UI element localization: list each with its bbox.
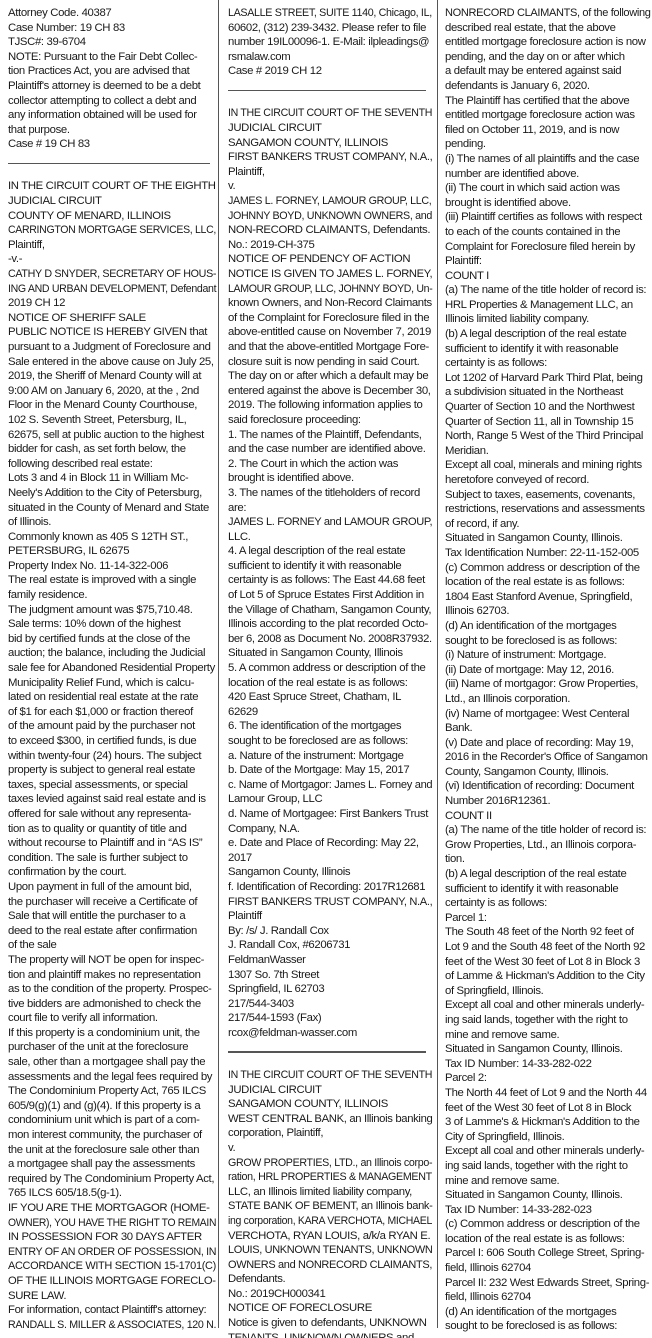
notice-text-line: Floor in the Menard County Courthouse, xyxy=(8,398,216,413)
notice-text-line: (iii) Plaintiff certifies as follows wit… xyxy=(445,210,650,225)
notice-text-line: North, Range 5 West of the Third Princip… xyxy=(445,429,650,444)
notice-text-line: 1307 So. 7th Street xyxy=(228,968,432,983)
notice-text-line: TJSC#: 39-6704 xyxy=(8,35,216,50)
notice-text-line: 1804 East Stanford Avenue, Springfield, xyxy=(445,590,650,605)
notice-text-line: IN THE CIRCUIT COURT OF THE EIGHTH xyxy=(8,179,216,194)
notice-text-line: Municipality Relief Fund, which is calcu… xyxy=(8,676,216,691)
notice-text-line: taxes, special assessments, or special xyxy=(8,778,216,793)
notice-text-line: Case Number: 19 CH 83 xyxy=(8,21,216,36)
legal-notice: IN THE CIRCUIT COURT OF THE SEVENTHJUDIC… xyxy=(228,1068,432,1338)
notice-text-line: sufficient to identify it with reasonabl… xyxy=(445,882,650,897)
notice-text-line: PUBLIC NOTICE IS HEREBY GIVEN that xyxy=(8,325,216,340)
notice-text-line: 102 S. Seventh Street, Petersburg, IL, xyxy=(8,413,216,428)
notice-text-line: -v.- xyxy=(8,252,216,267)
notice-text-line: The North 44 feet of Lot 9 and the North… xyxy=(445,1086,650,1101)
notice-text-line: tion as to quality or quantity of title … xyxy=(8,822,216,837)
notice-text-line: bidder for cash, as set forth below, the xyxy=(8,442,216,457)
notice-text-line: d. Name of Mortgagee: First Bankers Trus… xyxy=(228,807,432,822)
notice-text-line: condominium unit which is part of a com- xyxy=(8,1113,216,1128)
notice-text-line: No.: 2019CH000341 xyxy=(228,1287,432,1302)
section-divider-rule xyxy=(228,1051,426,1053)
notice-text-line: a subdivision situated in the Northeast xyxy=(445,385,650,400)
notice-text-line: Plaintiff xyxy=(228,909,432,924)
notice-text-line: (c) Common address or description of the xyxy=(445,561,650,576)
notice-text-line: the unit at the foreclosure sale other t… xyxy=(8,1143,216,1158)
notice-text-line: to each of the counts contained in the xyxy=(445,225,650,240)
legal-notice: NONRECORD CLAIMANTS, of the followingdes… xyxy=(445,6,650,1334)
notice-text-line: certainty is as follows: xyxy=(445,356,650,371)
notice-text-line: (d) An identification of the mortgages xyxy=(445,619,650,634)
notice-text-line: Situated in Sangamon County, Illinois xyxy=(228,646,432,661)
notice-text-line: mon interest community, the purchaser of xyxy=(8,1128,216,1143)
notice-text-line: f. Identification of Recording: 2017R126… xyxy=(228,880,432,895)
notice-text-line: Commonly known as 405 S 12TH ST., xyxy=(8,530,216,545)
notice-text-line: WEST CENTRAL BANK, an Illinois banking xyxy=(228,1112,431,1127)
notice-text-line: Plaintiff's attorney is deemed to be a d… xyxy=(8,79,216,94)
notice-text-line: restrictions, reservations and assessmen… xyxy=(445,502,650,517)
notice-text-line: the purchaser will receive a Certificate… xyxy=(8,895,216,910)
notice-text-line: Plaintiff, xyxy=(228,165,432,180)
notice-text-line: court file to verify all information. xyxy=(8,1011,216,1026)
notice-text-line: Illinois limited liability company. xyxy=(445,312,650,327)
notice-text-line: LOUIS, UNKNOWN TENANTS, UNKNOWN xyxy=(228,1243,425,1258)
notice-text-line: sale fee for Abandoned Residential Prope… xyxy=(8,661,216,676)
notice-text-line: COUNTY OF MENARD, ILLINOIS xyxy=(8,209,216,224)
notice-text-line: within twenty-four (24) hours. The subje… xyxy=(8,749,216,764)
notice-text-line: IF YOU ARE THE MORTGAGOR (HOME- xyxy=(8,1201,216,1216)
column-1: Attorney Code. 40387Case Number: 19 CH 8… xyxy=(8,0,216,1330)
column-3: NONRECORD CLAIMANTS, of the followingdes… xyxy=(445,0,650,1330)
notice-text-line: Except all coal, minerals and mining rig… xyxy=(445,458,650,473)
notice-text-line: number are identified above. xyxy=(445,167,650,182)
notice-text-line: Parcel I: 606 South College Street, Spri… xyxy=(445,1246,650,1261)
notice-text-line: deed to the real estate after confirmati… xyxy=(8,924,216,939)
notice-text-line: mine and remove same. xyxy=(445,1028,650,1043)
notice-text-line: required by The Condominium Property Act… xyxy=(8,1172,216,1187)
notice-text-line: Sale terms: 10% down of the highest xyxy=(8,617,216,632)
notice-text-line: as to the condition of the property. Pro… xyxy=(8,982,216,997)
notice-text-line: location of the real estate is as follow… xyxy=(445,1232,650,1247)
notice-text-line: family residence. xyxy=(8,588,216,603)
notice-text-line: tion and plaintiff makes no representati… xyxy=(8,968,216,983)
notice-text-line: OWNERS and NONRECORD CLAIMANTS, xyxy=(228,1258,425,1273)
notice-text-line: 2019, the Sheriff of Menard County will … xyxy=(8,369,216,384)
notice-text-line: heretofore conveyed of record. xyxy=(445,473,650,488)
notice-text-line: FeldmanWasser xyxy=(228,953,432,968)
notice-text-line: Situated in Sangamon County, Illinois. xyxy=(445,1042,650,1057)
notice-text-line: of Lot 5 of Spruce Estates First Additio… xyxy=(228,588,432,603)
notice-text-line: known Owners, and Non-Record Claimants xyxy=(228,296,431,311)
notice-text-line: 9:00 AM on January 6, 2020, at the , 2nd xyxy=(8,384,216,399)
notice-text-line: (iv) Name of mortgagee: West Centeral xyxy=(445,707,650,722)
notice-text-line: b. Date of the Mortgage: May 15, 2017 xyxy=(228,763,432,778)
notice-text-line: Property Index No. 11-14-322-006 xyxy=(8,559,216,574)
notice-text-line: The property will NOT be open for inspec… xyxy=(8,953,216,968)
notice-text-line: CATHY D SNYDER, SECRETARY OF HOUS- xyxy=(8,267,205,282)
notice-text-line: JAMES L. FORNEY, LAMOUR GROUP, LLC, xyxy=(228,194,421,209)
notice-text-line: RANDALL S. MILLER & ASSOCIATES, 120 N. xyxy=(8,1318,204,1333)
notice-text-line: ing said lands, together with the right … xyxy=(445,1159,650,1174)
notice-text-line: COUNT II xyxy=(445,809,650,824)
notice-text-line: OWNER), YOU HAVE THE RIGHT TO REMAIN xyxy=(8,1216,198,1231)
notice-text-line: 420 East Spruce Street, Chatham, IL xyxy=(228,690,432,705)
notice-text-line: The Plaintiff has certified that the abo… xyxy=(445,94,650,109)
notice-text-line: CARRINGTON MORTGAGE SERVICES, LLC, xyxy=(8,223,201,238)
notice-text-line: entered against the above is December 30… xyxy=(228,384,432,399)
notice-text-line: IN THE CIRCUIT COURT OF THE SEVENTH xyxy=(228,106,419,121)
notice-text-line: above-entitled cause on November 7, 2019 xyxy=(228,325,432,340)
column-2: LASALLE STREET, SUITE 1140, Chicago, IL,… xyxy=(228,0,432,1330)
notice-text-line: GROW PROPERTIES, LTD., an Illinois corpo… xyxy=(228,1156,420,1171)
notice-text-line: Bank. xyxy=(445,721,650,736)
notice-text-line: e. Date and Place of Recording: May 22, xyxy=(228,836,432,851)
notice-text-line: NOTE: Pursuant to the Fair Debt Collec- xyxy=(8,50,216,65)
notice-text-line: number 19IL00096-1. E-Mail: ilpleadings@ xyxy=(228,35,432,50)
notice-text-line: IN POSSESSION FOR 30 DAYS AFTER xyxy=(8,1230,216,1245)
notice-text-line: to exceed $300, in certified funds, is d… xyxy=(8,734,216,749)
notice-text-line: IN THE CIRCUIT COURT OF THE SEVENTH xyxy=(228,1068,419,1083)
notice-text-line: (b) A legal description of the real esta… xyxy=(445,327,650,342)
notice-text-line: Parcel 1: xyxy=(445,911,650,926)
notice-text-line: NOTICE OF PENDENCY OF ACTION xyxy=(228,252,432,267)
notice-text-line: The day on or after which a default may … xyxy=(228,369,432,384)
notice-text-line: (i) Nature of instrument: Mortgage. xyxy=(445,648,650,663)
notice-text-line: Subject to taxes, easements, covenants, xyxy=(445,488,650,503)
notice-text-line: Number 2016R12361. xyxy=(445,794,650,809)
notice-text-line: Tax ID Number: 14-33-282-023 xyxy=(445,1203,650,1218)
notice-text-line: SURE LAW. xyxy=(8,1289,216,1304)
notice-text-line: VERCHOTA, RYAN LOUIS, a/k/a RYAN E. xyxy=(228,1229,432,1244)
notice-text-line: OF THE ILLINOIS MORTGAGE FORECLO- xyxy=(8,1274,213,1289)
notice-text-line: that purpose. xyxy=(8,123,216,138)
notice-text-line: of $1 for each $1,000 or fraction thereo… xyxy=(8,705,216,720)
notice-text-line: ration, HRL PROPERTIES & MANAGEMENT xyxy=(228,1170,421,1185)
notice-text-line: Notice is given to defendants, UNKNOWN xyxy=(228,1316,432,1331)
notice-text-line: The judgment amount was $75,710.48. xyxy=(8,603,216,618)
notice-text-line: TENANTS, UNKNOWN OWNERS and xyxy=(228,1331,432,1338)
notice-text-line: of Springfield, Illinois. xyxy=(445,984,650,999)
notice-text-line: described real estate, that the above xyxy=(445,21,650,36)
notice-text-line: Defendants. xyxy=(228,1272,432,1287)
notice-text-line: pending, and the day on or after which xyxy=(445,50,650,65)
notice-text-line: Quarter of Section 11, all in Township 1… xyxy=(445,415,650,430)
notice-text-line: If this property is a condominium unit, … xyxy=(8,1026,216,1041)
notice-text-line: 605/9(g)(1) and (g)(4). If this property… xyxy=(8,1099,216,1114)
notice-text-line: a. Nature of the instrument: Mortgage xyxy=(228,749,432,764)
notice-text-line: purchaser of the unit at the foreclosure xyxy=(8,1040,216,1055)
notice-text-line: collector attempting to collect a debt a… xyxy=(8,94,216,109)
notice-text-line: tive bidders are admonished to check the xyxy=(8,997,216,1012)
notice-text-line: Situated in Sangamon County, Illinois. xyxy=(445,1188,650,1203)
notice-text-line: LASALLE STREET, SUITE 1140, Chicago, IL, xyxy=(228,6,421,21)
notice-text-line: Sale that will entitle the purchaser to … xyxy=(8,909,216,924)
notice-text-line: (i) The names of all plaintiffs and the … xyxy=(445,152,650,167)
notice-text-line: filed on October 11, 2019, and is now xyxy=(445,123,650,138)
notice-text-line: LLC, an Illinois limited liability compa… xyxy=(228,1185,432,1200)
notice-text-line: brought is identified above. xyxy=(445,196,650,211)
notice-text-line: Except all coal and other minerals under… xyxy=(445,998,650,1013)
notice-text-line: (iii) Name of mortgagor: Grow Properties… xyxy=(445,677,650,692)
notice-text-line: Lot 9 and the South 48 feet of the North… xyxy=(445,940,650,955)
notice-text-line: confirmation by the court. xyxy=(8,865,216,880)
notice-text-line: (vi) Identification of recording: Docume… xyxy=(445,779,650,794)
notice-text-line: NONRECORD CLAIMANTS, of the following xyxy=(445,6,644,21)
notice-text-line: ber 6, 2008 as Document No. 2008R37932. xyxy=(228,632,430,647)
notice-text-line: (a) The name of the title holder of reco… xyxy=(445,823,650,838)
notice-text-line: ing said lands, together with the right … xyxy=(445,1013,650,1028)
notice-text-line: rsmalaw.com xyxy=(228,50,432,65)
notice-text-line: Grow Properties, Ltd., an Illinois corpo… xyxy=(445,838,650,853)
notice-text-line: The South 48 feet of the North 92 feet o… xyxy=(445,925,650,940)
notice-text-line: feet of the West 30 feet of Lot 8 in Blo… xyxy=(445,1101,650,1116)
notice-text-line: The real estate is improved with a singl… xyxy=(8,573,216,588)
notice-text-line: County, Sangamon County, Illinois. xyxy=(445,765,650,780)
notice-text-line: ING AND URBAN DEVELOPMENT, Defendant xyxy=(8,282,202,297)
notice-text-line: field, Illinois 62704 xyxy=(445,1261,650,1276)
notice-text-line: COUNT I xyxy=(445,269,650,284)
notice-text-line: Sale entered in the above cause on July … xyxy=(8,355,216,370)
notice-text-line: rcox@feldman-wasser.com xyxy=(228,1026,432,1041)
notice-text-line: Ltd., an Illinois corporation. xyxy=(445,692,650,707)
notice-text-line: sufficient to identify it with reasonabl… xyxy=(228,559,432,574)
notice-text-line: closure suit is now pending in said Cour… xyxy=(228,355,432,370)
notice-text-line: Plaintiff, xyxy=(8,238,216,253)
column-divider xyxy=(218,0,219,1328)
notice-text-line: (b) A legal description of the real esta… xyxy=(445,867,650,882)
notice-text-line: without recourse to Plaintiff and in “AS… xyxy=(8,836,216,851)
legal-notice: LASALLE STREET, SUITE 1140, Chicago, IL,… xyxy=(228,6,432,79)
notice-text-line: assessments and the legal fees required … xyxy=(8,1070,216,1085)
notice-text-line: For information, contact Plaintiff's att… xyxy=(8,1303,216,1318)
notice-text-line: Case # 2019 CH 12 xyxy=(228,64,432,79)
notice-text-line: of the Complaint for Foreclosure filed i… xyxy=(228,311,432,326)
notice-text-line: feet of the West 30 feet of Lot 8 in Blo… xyxy=(445,955,650,970)
notice-text-line: (ii) Date of mortgage: May 12, 2016. xyxy=(445,663,650,678)
notice-text-line: Attorney Code. 40387 xyxy=(8,6,216,21)
notice-text-line: field, Illinois 62704 xyxy=(445,1290,650,1305)
notice-text-line: Tax Identification Number: 22-11-152-005 xyxy=(445,546,650,561)
notice-text-line: property is subject to general real esta… xyxy=(8,763,216,778)
notice-text-line: of the sale xyxy=(8,938,216,953)
notice-text-line: pursuant to a Judgment of Foreclosure an… xyxy=(8,340,216,355)
notice-text-line: 6. The identification of the mortgages xyxy=(228,719,432,734)
notice-text-line: tion. xyxy=(445,852,650,867)
notice-text-line: entitled mortgage foreclosure action was xyxy=(445,108,650,123)
notice-text-line: of Lamme & Hickman's Addition to the Cit… xyxy=(445,969,650,984)
notice-text-line: and the case number are identified above… xyxy=(228,442,432,457)
section-divider-rule xyxy=(228,90,426,92)
notice-text-line: auction; the balance, including the Judi… xyxy=(8,646,216,661)
notice-text-line: The Condominium Property Act, 765 ILCS xyxy=(8,1084,216,1099)
notice-text-line: 60602, (312) 239-3432. Please refer to f… xyxy=(228,21,432,36)
notice-text-line: mine and remove same. xyxy=(445,1174,650,1189)
notice-text-line: Lamour Group, LLC xyxy=(228,792,432,807)
notice-text-line: Lot 1202 of Harvard Park Third Plat, bei… xyxy=(445,371,650,386)
notice-text-line: NOTICE IS GIVEN TO JAMES L. FORNEY, xyxy=(228,267,429,282)
notice-text-line: Sangamon County, Illinois xyxy=(228,865,432,880)
notice-text-line: tion Practices Act, you are advised that xyxy=(8,64,216,79)
notice-text-line: lated on residential real estate at the … xyxy=(8,690,216,705)
notice-text-line: Tax ID Number: 14-33-282-022 xyxy=(445,1057,650,1072)
notice-text-line: v. xyxy=(228,179,432,194)
notice-text-line: JUDICIAL CIRCUIT xyxy=(8,194,216,209)
notice-text-line: 1. The names of the Plaintiff, Defendant… xyxy=(228,428,432,443)
notice-text-line: SANGAMON COUNTY, ILLINOIS xyxy=(228,136,432,151)
notice-text-line: NOTICE OF FORECLOSURE xyxy=(228,1301,432,1316)
notice-text-line: pending. xyxy=(445,137,650,152)
column-divider xyxy=(437,0,438,1328)
notice-text-line: (ii) The court in which said action was xyxy=(445,181,650,196)
notice-text-line: SANGAMON COUNTY, ILLINOIS xyxy=(228,1097,432,1112)
notice-text-line: condition. The sale is further subject t… xyxy=(8,851,216,866)
notice-text-line: FIRST BANKERS TRUST COMPANY, N.A., xyxy=(228,895,428,910)
notice-text-line: said foreclosure proceeding: xyxy=(228,413,432,428)
notice-text-line: ACCORDANCE WITH SECTION 15-1701(C) xyxy=(8,1259,209,1274)
notice-text-line: Meridian. xyxy=(445,444,650,459)
notice-text-line: corporation, Plaintiff, xyxy=(228,1126,432,1141)
notice-text-line: Illinois 62703. xyxy=(445,604,650,619)
notice-text-line: JUDICIAL CIRCUIT xyxy=(228,1083,432,1098)
notice-text-line: ing corporation, KARA VERCHOTA, MICHAEL xyxy=(228,1214,417,1229)
notice-text-line: certainty is as follows: The East 44.68 … xyxy=(228,573,432,588)
notice-text-line: v. xyxy=(228,1141,432,1156)
notice-text-line: offered for sale without any representa- xyxy=(8,807,216,822)
notice-text-line: 62675, sell at public auction to the hig… xyxy=(8,428,216,443)
notice-text-line: of the amount paid by the purchaser not xyxy=(8,719,216,734)
notice-text-line: Complaint for Foreclosure filed herein b… xyxy=(445,240,650,255)
notice-text-line: 4. A legal description of the real estat… xyxy=(228,544,432,559)
notice-text-line: 217/544-3403 xyxy=(228,997,432,1012)
notice-text-line: No.: 2019-CH-375 xyxy=(228,238,432,253)
notice-text-line: a default may be entered against said xyxy=(445,64,650,79)
notice-text-line: of Illinois. xyxy=(8,515,216,530)
notice-text-line: sufficient to identify it with reasonabl… xyxy=(445,342,650,357)
notice-text-line: entitled mortgage foreclosure action is … xyxy=(445,35,650,50)
notice-text-line: Company, N.A. xyxy=(228,822,432,837)
notice-text-line: sought to be foreclosed are as follows: xyxy=(228,734,432,749)
notice-text-line: and that the above-entitled Mortgage For… xyxy=(228,340,432,355)
notice-text-line: of record, if any. xyxy=(445,517,650,532)
notice-text-line: City of Springfield, Illinois. xyxy=(445,1130,650,1145)
notice-text-line: location of the real estate is as follow… xyxy=(228,676,432,691)
notice-text-line: following described real estate: xyxy=(8,457,216,472)
notice-text-line: (c) Common address or description of the xyxy=(445,1217,650,1232)
notice-text-line: sought to be foreclosed is as follows: xyxy=(445,634,650,649)
legal-notice: IN THE CIRCUIT COURT OF THE SEVENTHJUDIC… xyxy=(228,106,432,1040)
notice-text-line: situated in the County of Menard and Sta… xyxy=(8,501,216,516)
notice-text-line: By: /s/ J. Randall Cox xyxy=(228,924,432,939)
notice-text-line: 2017 xyxy=(228,851,432,866)
notice-text-line: Springfield, IL 62703 xyxy=(228,982,432,997)
notice-text-line: 217/544-1593 (Fax) xyxy=(228,1011,432,1026)
notice-text-line: Situated in Sangamon County, Illinois. xyxy=(445,531,650,546)
notice-text-line: Neely's Addition to the City of Petersbu… xyxy=(8,486,216,501)
notice-text-line: JOHNNY BOYD, UNKNOWN OWNERS, and xyxy=(228,209,421,224)
notice-text-line: taxes levied against said real estate an… xyxy=(8,792,216,807)
section-divider-rule xyxy=(8,163,210,165)
notice-text-line: STATE BANK OF BEMENT, an Illinois bank- xyxy=(228,1199,428,1214)
notice-text-line: Except all coal and other minerals under… xyxy=(445,1144,650,1159)
notice-text-line: 2. The Court in which the action was xyxy=(228,457,432,472)
notice-text-line: a mortgagee shall pay the assessments xyxy=(8,1157,216,1172)
notice-text-line: PETERSBURG, IL 62675 xyxy=(8,544,216,559)
legal-notice: Attorney Code. 40387Case Number: 19 CH 8… xyxy=(8,6,216,152)
notice-text-line: Parcel II: 232 West Edwards Street, Spri… xyxy=(445,1276,650,1291)
notice-text-line: certainty is as follows: xyxy=(445,896,650,911)
legal-notice: IN THE CIRCUIT COURT OF THE EIGHTHJUDICI… xyxy=(8,179,216,1332)
notice-text-line: NOTICE OF SHERIFF SALE xyxy=(8,311,216,326)
notice-text-line: sale, other than a mortgagee shall pay t… xyxy=(8,1055,216,1070)
notice-text-line: Quarter of Section 10 and the Northwest xyxy=(445,400,650,415)
notice-text-line: HRL Properties & Management LLC, an xyxy=(445,298,650,313)
notice-text-line: Lots 3 and 4 in Block 11 in William Mc- xyxy=(8,471,216,486)
notice-text-line: 5. A common address or description of th… xyxy=(228,661,432,676)
notice-text-line: defendants is January 6, 2020. xyxy=(445,79,650,94)
notice-text-line: 2016 in the Recorder's Office of Sangamo… xyxy=(445,750,650,765)
notice-text-line: location of the real estate is as follow… xyxy=(445,575,650,590)
notice-text-line: 3 of Lamme's & Hickman's Addition to the xyxy=(445,1115,650,1130)
notice-text-line: JAMES L. FORNEY and LAMOUR GROUP, xyxy=(228,515,427,530)
notice-text-line: FIRST BANKERS TRUST COMPANY, N.A., xyxy=(228,150,428,165)
notice-text-line: Case # 19 CH 83 xyxy=(8,137,216,152)
notice-text-line: J. Randall Cox, #6206731 xyxy=(228,938,432,953)
notice-text-line: bid by certified funds at the close of t… xyxy=(8,632,216,647)
notice-text-line: sought to be foreclosed is as follows: xyxy=(445,1319,650,1334)
notice-text-line: NON-RECORD CLAIMANTS, Defendants. xyxy=(228,223,432,238)
legal-notices-page: Attorney Code. 40387Case Number: 19 CH 8… xyxy=(0,0,652,1338)
notice-text-line: any information obtained will be used fo… xyxy=(8,108,216,123)
notice-text-line: 2019. The following information applies … xyxy=(228,398,432,413)
notice-text-line: 765 ILCS 605/18.5(g-1). xyxy=(8,1186,216,1201)
notice-text-line: (a) The name of the title holder of reco… xyxy=(445,283,650,298)
notice-text-line: brought is identified above. xyxy=(228,471,432,486)
notice-text-line: JUDICIAL CIRCUIT xyxy=(228,121,432,136)
notice-text-line: (d) An identification of the mortgages xyxy=(445,1305,650,1320)
notice-text-line: (v) Date and place of recording: May 19, xyxy=(445,736,650,751)
notice-text-line: the Village of Chatham, Sangamon County, xyxy=(228,603,432,618)
notice-text-line: are: xyxy=(228,501,432,516)
notice-text-line: 3. The names of the titleholders of reco… xyxy=(228,486,432,501)
notice-text-line: ENTRY OF AN ORDER OF POSSESSION, IN xyxy=(8,1245,204,1260)
notice-text-line: LLC. xyxy=(228,530,432,545)
notice-text-line: Upon payment in full of the amount bid, xyxy=(8,880,216,895)
notice-text-line: 2019 CH 12 xyxy=(8,296,216,311)
notice-text-line: Illinois according to the plat recorded … xyxy=(228,617,432,632)
notice-text-line: LAMOUR GROUP, LLC, JOHNNY BOYD, Un- xyxy=(228,282,418,297)
notice-text-line: 62629 xyxy=(228,705,432,720)
notice-text-line: Parcel 2: xyxy=(445,1071,650,1086)
notice-text-line: c. Name of Mortgagor: James L. Forney an… xyxy=(228,778,428,793)
notice-text-line: Plaintiff: xyxy=(445,254,650,269)
